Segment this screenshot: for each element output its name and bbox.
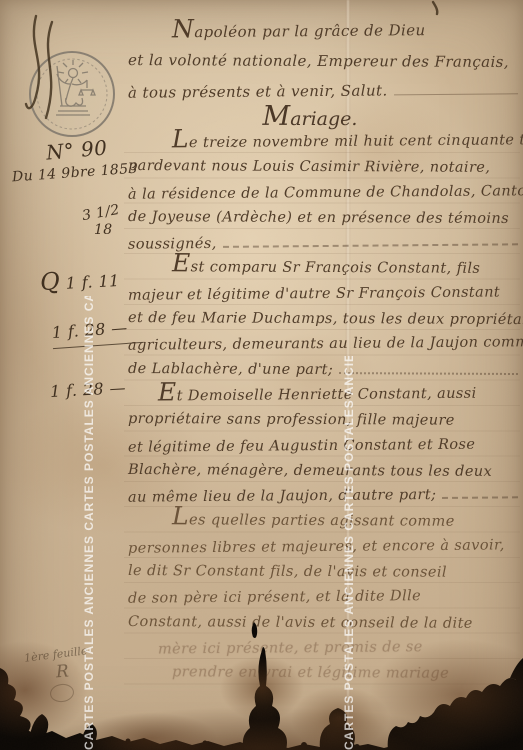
scorch-discoloration (0, 0, 523, 750)
watermark-text-left: CARTES POSTALES ANCIENNES CARTES POSTALE… (82, 296, 98, 750)
document-scan: N° 90 Du 14 9bre 1853 3 1/2 18 Q 1 f. 11… (0, 0, 523, 750)
watermark-text-center: CARTES POSTALES ANCIENNES CARTES POSTALE… (342, 356, 358, 750)
